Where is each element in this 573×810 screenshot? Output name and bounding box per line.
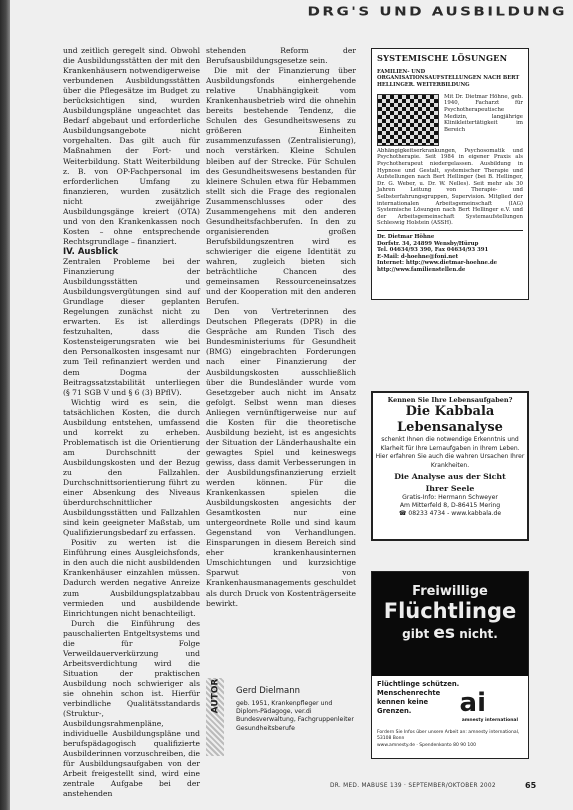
paragraph: Positiv zu werten ist die Einführung ein…: [63, 538, 200, 618]
ad-line-3: gibt es nicht.: [372, 623, 528, 643]
ad-contact-2: Am Mitterfeld 8, D-86415 Mering: [373, 502, 527, 510]
author-name: Gerd Dielmann: [236, 686, 300, 696]
paragraph: und zeitlich geregelt sind. Obwohl die A…: [63, 46, 200, 247]
contact-web-2[interactable]: http://www.familienstellen.de: [377, 267, 523, 274]
ad-contact-1: Gratis-Info: Hermann Schweyer: [373, 494, 527, 502]
divider: [377, 230, 523, 231]
ad-systemische-loesungen[interactable]: SYSTEMISCHE LÖSUNGEN FAMILIEN- UND ORGAN…: [371, 48, 529, 300]
ad-text-1: schenkt Ihnen die notwendige Erkenntnis …: [373, 436, 527, 453]
paragraph: Zentralen Probleme bei der Finanzierung …: [63, 257, 200, 398]
ad-subtitle-2: Ihrer Seele: [373, 484, 527, 494]
paragraph: Den von Vertreterinnen des Deutschen Pfl…: [206, 307, 356, 608]
subheading-ausblick: IV. Ausblick: [63, 247, 200, 257]
article-column-1: und zeitlich geregelt sind. Obwohl die A…: [63, 46, 200, 800]
article-column-2: stehenden Reform der Berufsausbildungsge…: [206, 46, 356, 609]
amnesty-logo-icon: ai: [460, 688, 486, 718]
contact-phone: Tel. 04634/93 390, Fax 04634/93 391: [377, 247, 523, 254]
ad-line-1: Freiwillige: [372, 584, 528, 599]
page-spine-shadow: [0, 0, 10, 810]
contact-address: Dorfstr. 34, 24899 Wensby/Hürup: [377, 241, 523, 248]
page-number: 65: [525, 781, 536, 790]
ad-fine-print-1: Fordern Sie Infos über unsere Arbeit an:…: [377, 730, 523, 742]
footer-publication: DR. MED. MABUSE 139 · SEPTEMBER/OKTOBER …: [330, 783, 496, 789]
ad-title-line-2: Lebensanalyse: [373, 420, 527, 436]
ad-dark-banner: Freiwillige Flüchtlinge gibt es nicht.: [372, 572, 528, 676]
ad-photo: [377, 94, 439, 146]
amnesty-org-name: amnesty international: [462, 718, 518, 723]
ad-title-line-1: Die Kabbala: [373, 404, 527, 420]
contact-name: Dr. Dietmar Höhne: [377, 234, 523, 241]
contact-email[interactable]: E-Mail: d-hoehne@foni.net: [377, 254, 523, 261]
ad-slogan-2: Menschenrechte kennen keine Grenzen.: [377, 689, 457, 716]
ad-kabbala[interactable]: Kennen Sie Ihre Lebensaufgaben? Die Kabb…: [371, 391, 529, 541]
ad-amnesty[interactable]: Freiwillige Flüchtlinge gibt es nicht. F…: [371, 571, 529, 759]
author-tag: AUTOR: [206, 678, 224, 713]
ad-text-2: Hier erfahren Sie auch die wahren Ursach…: [373, 453, 527, 470]
paragraph: Die mit der Finanzierung über Ausbildung…: [206, 66, 356, 307]
ad-light-panel: Flüchtlinge schützen. Menschenrechte ken…: [372, 676, 528, 760]
ad-fine-print-2: www.amnesty.de · Spendenkonto 80 90 100: [377, 743, 523, 749]
paragraph: Wichtig wird es sein, die tatsächlichen …: [63, 398, 200, 539]
author-description: geb. 1951, Krankenpfleger und Diplom-Päd…: [236, 700, 356, 733]
ad-subtitle-1: Die Analyse aus der Sicht: [373, 472, 527, 482]
ad-contact-3[interactable]: ☎ 08233 4734 - www.kabbala.de: [373, 510, 527, 518]
contact-web[interactable]: Internet: http://www.dietmar-hoehne.de: [377, 260, 523, 267]
ad-line-2: Flüchtlinge: [372, 599, 528, 623]
paragraph: Durch die Einführung des pauschalierten …: [63, 619, 200, 800]
ad-subtitle: FAMILIEN- UND ORGANISATIONSAUFSTELLUNGEN…: [377, 69, 523, 88]
paragraph: stehenden Reform der Berufsausbildungsge…: [206, 46, 356, 66]
ad-slogan-1: Flüchtlinge schützen.: [377, 680, 523, 689]
author-box: AUTOR Gerd Dielmann geb. 1951, Krankenpf…: [206, 678, 356, 758]
section-header: DRG'S UND AUSBILDUNG: [307, 3, 567, 18]
ad-question: Kennen Sie Ihre Lebensaufgaben?: [373, 396, 527, 404]
ad-title: SYSTEMISCHE LÖSUNGEN: [377, 53, 523, 63]
